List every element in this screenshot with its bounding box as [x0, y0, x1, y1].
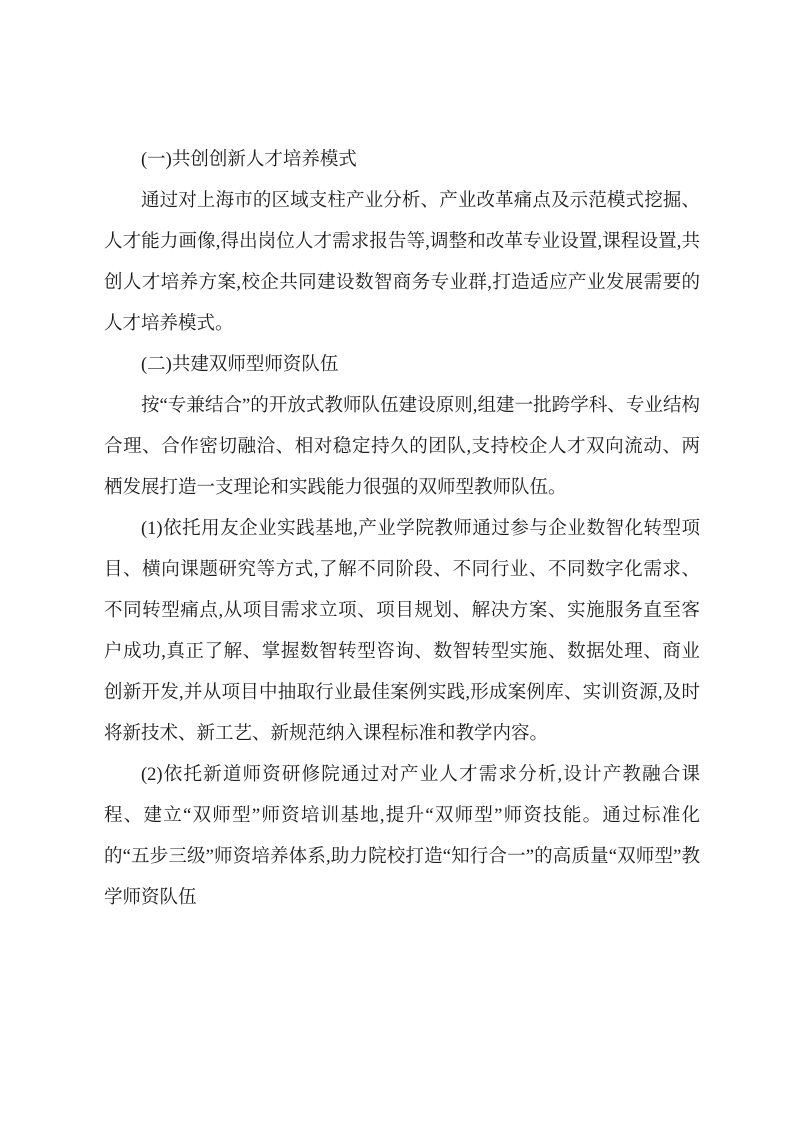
document-page: (一)共创创新人才培养模式 通过对上海市的区域支柱产业分析、产业改革痛点及示范模… [0, 0, 793, 1122]
section-heading-2: (二)共建双师型师资队伍 [104, 345, 700, 386]
paragraph-item-1-yonyou-practice-base: (1)依托用友企业实践基地,产业学院教师通过参与企业数智化转型项目、横向课题研究… [104, 509, 700, 755]
paragraph-teacher-team-principle: 按“专兼结合”的开放式教师队伍建设原则,组建一批跨学科、专业结构合理、合作密切融… [104, 386, 700, 509]
document-text-block: (一)共创创新人才培养模式 通过对上海市的区域支柱产业分析、产业改革痛点及示范模… [104, 140, 700, 919]
section-heading-1: (一)共创创新人才培养模式 [104, 140, 700, 181]
paragraph-item-2-xindao-teacher-institute: (2)依托新道师资研修院通过对产业人才需求分析,设计产教融合课程、建立“双师型”… [104, 755, 700, 919]
paragraph-talent-model: 通过对上海市的区域支柱产业分析、产业改革痛点及示范模式挖掘、人才能力画像,得出岗… [104, 181, 700, 345]
